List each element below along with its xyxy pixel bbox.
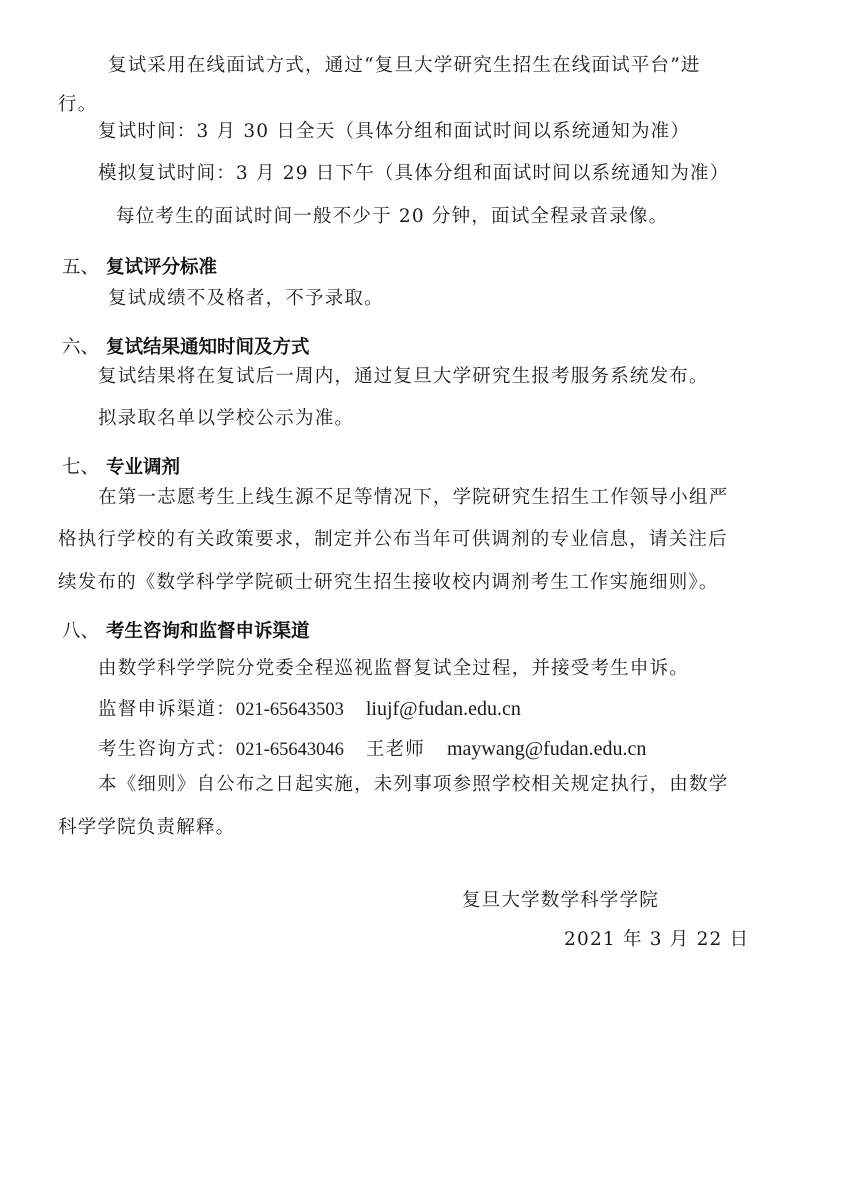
section-title: 专业调剂 [106, 457, 180, 478]
section-heading-adjustment: 七、专业调剂 [62, 456, 180, 480]
section-title: 考生咨询和监督申诉渠道 [106, 621, 310, 642]
adjustment-paragraph-line2: 格执行学校的有关政策要求，制定并公布当年可供调剂的专业信息，请关注后 [58, 528, 728, 552]
consultation-channel: 考生咨询方式：021-65643046王老师maywang@fudan.edu.… [98, 737, 646, 762]
admission-list: 拟录取名单以学校公示为准。 [98, 407, 354, 431]
signature-organization: 复旦大学数学科学学院 [462, 889, 659, 913]
consult-label: 考生咨询方式： [98, 739, 236, 760]
signature-date: 2021 年 3 月 22 日 [564, 928, 749, 952]
mock-retest-time: 模拟复试时间：3 月 29 日下午（具体分组和面试时间以系统通知为准） [98, 162, 729, 186]
complaint-phone: 021-65643503 [236, 700, 344, 720]
supervision-statement: 由数学科学学院分党委全程巡视监督复试全过程，并接受考生申诉。 [98, 657, 689, 681]
section-title: 复试评分标准 [106, 257, 217, 278]
complaint-label: 监督申诉渠道： [98, 699, 236, 720]
consult-email-link[interactable]: maywang@fudan.edu.cn [447, 738, 646, 760]
section-number: 八、 [62, 620, 106, 644]
consult-phone: 021-65643046 [236, 740, 344, 760]
closing-paragraph-line2: 科学学院负责解释。 [58, 816, 235, 840]
consult-contact: 王老师 [366, 739, 425, 760]
section-number: 七、 [62, 456, 106, 480]
adjustment-paragraph-line1: 在第一志愿考生上线生源不足等情况下，学院研究生招生工作领导小组严 [98, 486, 728, 510]
section-heading-scoring: 五、复试评分标准 [62, 256, 217, 280]
section-title: 复试结果通知时间及方式 [106, 337, 310, 358]
paragraph-interview-method: 复试采用在线面试方式，通过“复旦大学研究生招生在线面试平台”进 [108, 54, 701, 78]
adjustment-paragraph-line3: 续发布的《数学科学学院硕士研究生招生接收校内调剂考生工作实施细则》。 [58, 571, 719, 595]
scoring-rule: 复试成绩不及格者，不予录取。 [108, 287, 384, 311]
retest-time: 复试时间：3 月 30 日全天（具体分组和面试时间以系统通知为准） [98, 120, 690, 144]
section-heading-results: 六、复试结果通知时间及方式 [62, 336, 310, 360]
section-number: 五、 [62, 256, 106, 280]
interview-duration: 每位考生的面试时间一般不少于 20 分钟，面试全程录音录像。 [116, 205, 668, 229]
section-heading-contact: 八、考生咨询和监督申诉渠道 [62, 620, 310, 644]
complaint-email-link[interactable]: liujf@fudan.edu.cn [366, 698, 521, 720]
closing-paragraph-line1: 本《细则》自公布之日起实施，未列事项参照学校相关规定执行，由数学 [98, 773, 728, 797]
paragraph-interview-method-cont: 行。 [58, 93, 97, 117]
results-release: 复试结果将在复试后一周内，通过复旦大学研究生报考服务系统发布。 [98, 365, 709, 389]
section-number: 六、 [62, 336, 106, 360]
complaint-channel: 监督申诉渠道：021-65643503liujf@fudan.edu.cn [98, 697, 521, 722]
